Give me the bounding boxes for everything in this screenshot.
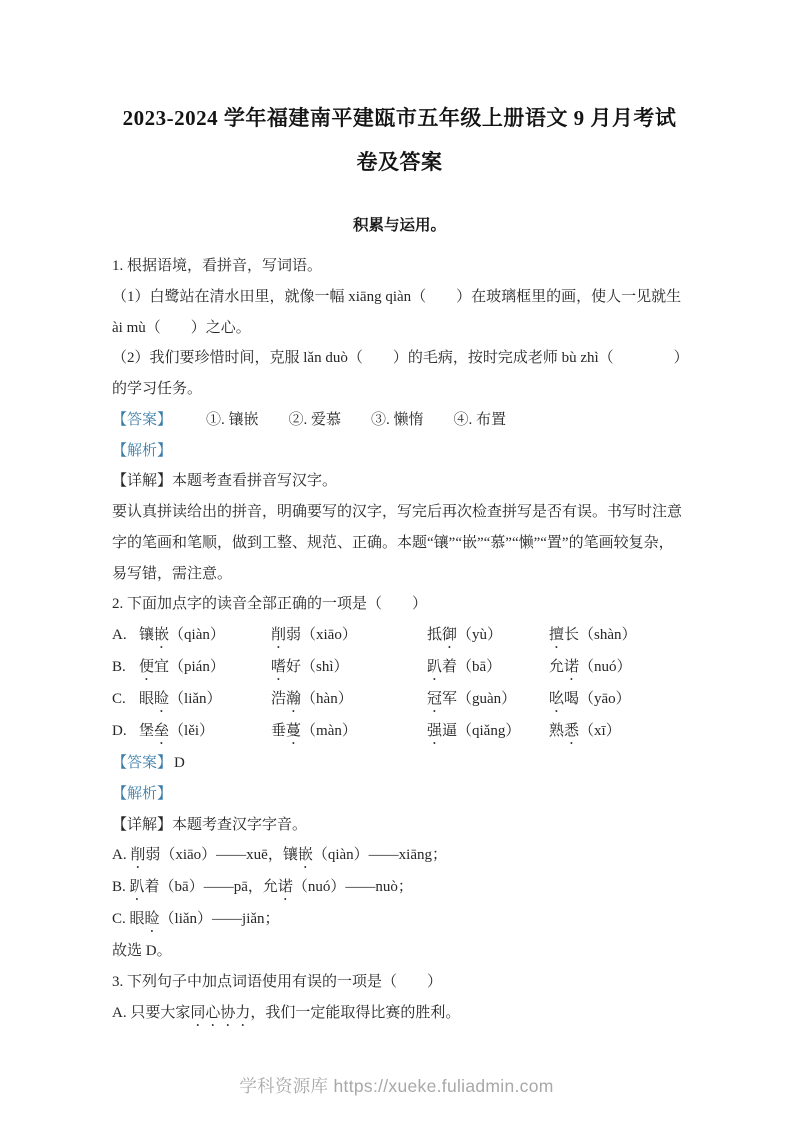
- text-segment: 宜（pián）: [154, 659, 225, 675]
- text-segment: 抵: [427, 627, 442, 643]
- emphasized-text: 同心协力: [190, 1005, 250, 1021]
- emphasized-text: 削: [130, 847, 145, 863]
- text-segment: 镶: [139, 627, 154, 643]
- text-segment: 好（shì）: [286, 659, 349, 675]
- section-heading: 积累与运用。: [112, 210, 687, 241]
- q2-option-c: C. 眼睑（liǎn） 浩瀚（hàn） 冠军（guàn） 吆喝（yāo）: [112, 684, 687, 716]
- analysis-label: 【解析】: [112, 786, 172, 802]
- option-label: A.: [112, 620, 139, 652]
- q2-explain-b: B. 趴着（bā）——pā，允诺（nuó）——nuò；: [112, 872, 687, 904]
- text-segment: 浩: [271, 691, 286, 707]
- q1-answer-line: 【答案】①. 镶嵌 ②. 爱慕 ③. 懒惰 ④. 布置: [112, 405, 687, 436]
- text-segment: （màn）: [301, 723, 357, 739]
- q1-detail-intro: 本题考查看拼音写汉字。: [172, 473, 337, 489]
- footer: 学科资源库 https://xueke.fuliadmin.com: [0, 1073, 793, 1098]
- text-segment: （liǎn）: [169, 691, 222, 707]
- emphasized-text: 冠: [427, 691, 442, 707]
- option-label: D.: [112, 716, 139, 748]
- answer-label: 【答案】: [112, 412, 172, 428]
- text-segment: 弱（xiāo）: [286, 627, 357, 643]
- text-segment: 弱（xiāo）——xuē，镶: [145, 847, 297, 863]
- emphasized-text: 趴: [427, 659, 442, 675]
- emphasized-text: 睑: [145, 911, 160, 927]
- q1-detail-body: 要认真拼读给出的拼音，明确要写的汉字，写完后再次检查拼写是否有误。书写时注意字的…: [112, 497, 687, 589]
- footer-text: 学科资源库 https://xueke.fuliadmin.com: [239, 1076, 553, 1096]
- emphasized-text: 瀚: [286, 691, 301, 707]
- q2-b-word-2: 嗜好（shì）: [271, 652, 427, 684]
- q2-d-word-3: 强逼（qiǎng）: [427, 716, 549, 748]
- q2-d-word-4: 熟悉（xī）: [549, 716, 687, 748]
- q3-stem: 3. 下列句子中加点词语使用有误的一项是（ ）: [112, 967, 687, 998]
- emphasized-text: 悉: [564, 723, 579, 739]
- text-segment: A.: [112, 847, 130, 863]
- q1-part2: （2）我们要珍惜时间，克服 lǎn duò（ ）的毛病，按时完成老师 bù zh…: [112, 343, 687, 405]
- q2-detail-intro: 本题考查汉字字音。: [172, 817, 307, 833]
- text-segment: 允: [549, 659, 564, 675]
- text-segment: 军（guàn）: [442, 691, 516, 707]
- text-segment: 喝（yāo）: [564, 691, 631, 707]
- q2-a-word-4: 擅长（shàn）: [549, 620, 687, 652]
- text-segment: 眼: [139, 691, 154, 707]
- text-segment: （liǎn）——jiǎn；: [160, 911, 280, 927]
- emphasized-text: 强: [427, 723, 442, 739]
- q2-option-a: A. 镶嵌（qiàn） 削弱（xiāo） 抵御（yù） 擅长（shàn）: [112, 620, 687, 652]
- text-segment: B.: [112, 879, 130, 895]
- q2-b-word-3: 趴着（bā）: [427, 652, 549, 684]
- text-segment: （hàn）: [301, 691, 353, 707]
- q1-detail-line: 【详解】本题考查看拼音写汉字。: [112, 466, 687, 497]
- text-segment: （xī）: [579, 723, 621, 739]
- emphasized-text: 趴: [130, 879, 145, 895]
- text-segment: 熟: [549, 723, 564, 739]
- text-segment: （nuó）——nuò；: [293, 879, 413, 895]
- detail-label: 【详解】: [112, 473, 172, 489]
- q2-a-word-1: 镶嵌（qiàn）: [139, 620, 271, 652]
- q2-explain-a: A. 削弱（xiāo）——xuē，镶嵌（qiàn）——xiāng；: [112, 840, 687, 872]
- emphasized-text: 便: [139, 659, 154, 675]
- emphasized-text: 擅: [549, 627, 564, 643]
- text-segment: （qiàn）——xiāng；: [313, 847, 447, 863]
- option-label: B.: [112, 652, 139, 684]
- q2-analysis-line: 【解析】: [112, 779, 687, 810]
- emphasized-text: 垒: [154, 723, 169, 739]
- emphasized-text: 削: [271, 627, 286, 643]
- exam-document-page: 2023-2024 学年福建南平建瓯市五年级上册语文 9 月月考试卷及答案 积累…: [0, 0, 793, 1122]
- text-segment: 堡: [139, 723, 154, 739]
- emphasized-text: 嵌: [154, 627, 169, 643]
- option-label: C.: [112, 684, 139, 716]
- detail-label: 【详解】: [112, 817, 172, 833]
- text-segment: （lěi）: [169, 723, 214, 739]
- text-segment: （yù）: [457, 627, 502, 643]
- q2-detail-line: 【详解】本题考查汉字字音。: [112, 810, 687, 841]
- emphasized-text: 诺: [278, 879, 293, 895]
- text-segment: C. 眼: [112, 911, 145, 927]
- q2-answer-line: 【答案】D: [112, 748, 687, 779]
- text-segment: 垂: [271, 723, 286, 739]
- q2-a-word-2: 削弱（xiāo）: [271, 620, 427, 652]
- q2-option-d: D. 堡垒（lěi） 垂蔓（màn） 强逼（qiǎng） 熟悉（xī）: [112, 716, 687, 748]
- q1-answer-text: ①. 镶嵌 ②. 爱慕 ③. 懒惰 ④. 布置: [206, 412, 506, 428]
- q1-stem: 1. 根据语境，看拼音，写词语。: [112, 251, 687, 282]
- q2-d-word-1: 堡垒（lěi）: [139, 716, 271, 748]
- text-segment: A. 只要大家: [112, 1005, 190, 1021]
- emphasized-text: 蔓: [286, 723, 301, 739]
- q2-c-word-1: 眼睑（liǎn）: [139, 684, 271, 716]
- q2-b-word-4: 允诺（nuó）: [549, 652, 687, 684]
- q2-d-word-2: 垂蔓（màn）: [271, 716, 427, 748]
- text-segment: （nuó）: [579, 659, 632, 675]
- text-segment: ，我们一定能取得比赛的胜利。: [250, 1005, 460, 1021]
- q2-c-word-4: 吆喝（yāo）: [549, 684, 687, 716]
- text-segment: 着（bā）: [442, 659, 501, 675]
- q1-part1: （1）白鹭站在清水田里，就像一幅 xiāng qiàn（ ）在玻璃框里的画，使人…: [112, 282, 687, 344]
- emphasized-text: 御: [442, 627, 457, 643]
- q2-c-word-2: 浩瀚（hàn）: [271, 684, 427, 716]
- q1-analysis-line: 【解析】: [112, 436, 687, 467]
- q3-option-a: A. 只要大家同心协力，我们一定能取得比赛的胜利。: [112, 998, 687, 1030]
- q2-c-word-3: 冠军（guàn）: [427, 684, 549, 716]
- text-segment: 着（bā）——pā，允: [145, 879, 278, 895]
- emphasized-text: 吆: [549, 691, 564, 707]
- emphasized-text: 睑: [154, 691, 169, 707]
- emphasized-text: 嗜: [271, 659, 286, 675]
- emphasized-text: 诺: [564, 659, 579, 675]
- q2-conclusion: 故选 D。: [112, 936, 687, 967]
- q2-stem: 2. 下面加点字的读音全部正确的一项是（ ）: [112, 589, 687, 620]
- text-segment: （qiàn）: [169, 627, 225, 643]
- q2-option-b: B. 便宜（pián） 嗜好（shì） 趴着（bā） 允诺（nuó）: [112, 652, 687, 684]
- text-segment: 长（shàn）: [564, 627, 637, 643]
- page-title: 2023-2024 学年福建南平建瓯市五年级上册语文 9 月月考试卷及答案: [112, 96, 687, 184]
- emphasized-text: 嵌: [298, 847, 313, 863]
- q2-a-word-3: 抵御（yù）: [427, 620, 549, 652]
- answer-label: 【答案】: [112, 755, 172, 771]
- q2-explain-c: C. 眼睑（liǎn）——jiǎn；: [112, 904, 687, 936]
- q2-answer-text: D: [174, 755, 185, 771]
- q2-b-word-1: 便宜（pián）: [139, 652, 271, 684]
- analysis-label: 【解析】: [112, 443, 172, 459]
- text-segment: 逼（qiǎng）: [442, 723, 520, 739]
